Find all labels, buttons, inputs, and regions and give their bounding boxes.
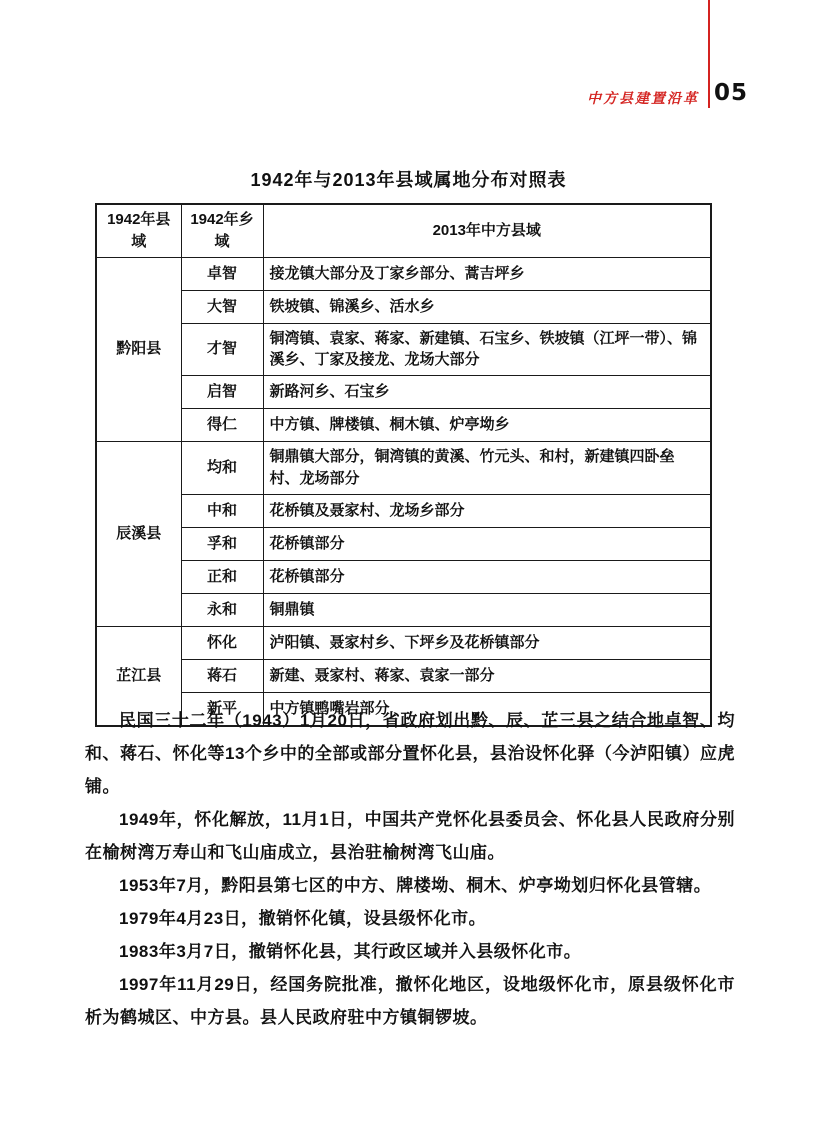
page-number: 05 [714,80,748,106]
area-cell: 铜鼎镇大部分，铜湾镇的黄溪、竹元头、和村，新建镇四卧垒村、龙场部分 [263,442,711,495]
table-row: 辰溪县均和铜鼎镇大部分，铜湾镇的黄溪、竹元头、和村，新建镇四卧垒村、龙场部分 [96,442,711,495]
area-cell: 新建、聂家村、蒋家、袁家一部分 [263,659,711,692]
body-paragraph: 1949年，怀化解放，11月1日，中国共产党怀化县委员会、怀化县人民政府分别在榆… [85,803,735,869]
township-cell: 怀化 [181,626,263,659]
table-row: 启智新路河乡、石宝乡 [96,376,711,409]
area-cell: 铜鼎镇 [263,593,711,626]
area-cell: 接龙镇大部分及丁家乡部分、蒿吉坪乡 [263,257,711,290]
table-row: 孚和花桥镇部分 [96,527,711,560]
table-header-row: 1942年县域 1942年乡域 2013年中方县域 [96,204,711,257]
table-row: 芷江县怀化泸阳镇、聂家村乡、下坪乡及花桥镇部分 [96,626,711,659]
table-row: 中和花桥镇及聂家村、龙场乡部分 [96,494,711,527]
table-title: 1942年与2013年县域属地分布对照表 [0,166,817,192]
table-row: 才智铜湾镇、袁家、蒋家、新建镇、石宝乡、铁坡镇（江坪一带）、锦溪乡、丁家及接龙、… [96,323,711,376]
area-cell: 铜湾镇、袁家、蒋家、新建镇、石宝乡、铁坡镇（江坪一带）、锦溪乡、丁家及接龙、龙场… [263,323,711,376]
body-paragraph: 1979年4月23日，撤销怀化镇，设县级怀化市。 [85,902,735,935]
body-paragraph: 1953年7月，黔阳县第七区的中方、牌楼坳、桐木、炉亭坳划归怀化县管辖。 [85,869,735,902]
township-cell: 中和 [181,494,263,527]
township-cell: 正和 [181,560,263,593]
county-cell: 黔阳县 [96,257,181,442]
table-row: 蒋石新建、聂家村、蒋家、袁家一部分 [96,659,711,692]
document-page: 中方县建置沿革 05 1942年与2013年县域属地分布对照表 1942年县域 … [0,0,817,1139]
township-cell: 均和 [181,442,263,495]
header-divider-line [708,0,710,108]
table-row: 大智铁坡镇、锦溪乡、活水乡 [96,290,711,323]
township-cell: 卓智 [181,257,263,290]
table-row: 得仁中方镇、牌楼镇、桐木镇、炉亭坳乡 [96,409,711,442]
area-cell: 新路河乡、石宝乡 [263,376,711,409]
area-cell: 花桥镇部分 [263,560,711,593]
area-cell: 泸阳镇、聂家村乡、下坪乡及花桥镇部分 [263,626,711,659]
table-row: 正和花桥镇部分 [96,560,711,593]
county-cell: 辰溪县 [96,442,181,627]
township-cell: 孚和 [181,527,263,560]
column-header-county-1942: 1942年县域 [96,204,181,257]
column-header-zhongfang-2013: 2013年中方县域 [263,204,711,257]
body-paragraph: 1983年3月7日，撤销怀化县，其行政区域并入县级怀化市。 [85,935,735,968]
body-paragraph: 1997年11月29日，经国务院批准，撤怀化地区，设地级怀化市，原县级怀化市析为… [85,968,735,1034]
column-header-township-1942: 1942年乡域 [181,204,263,257]
township-cell: 大智 [181,290,263,323]
township-cell: 永和 [181,593,263,626]
area-cell: 花桥镇部分 [263,527,711,560]
area-cell: 铁坡镇、锦溪乡、活水乡 [263,290,711,323]
body-paragraph: 民国三十二年（1943）1月20日，省政府划出黔、辰、芷三县之结合地卓智、均和、… [85,704,735,803]
township-cell: 才智 [181,323,263,376]
township-cell: 得仁 [181,409,263,442]
table-row: 永和铜鼎镇 [96,593,711,626]
table-row: 黔阳县卓智接龙镇大部分及丁家乡部分、蒿吉坪乡 [96,257,711,290]
comparison-table: 1942年县域 1942年乡域 2013年中方县域 黔阳县卓智接龙镇大部分及丁家… [95,203,712,727]
table-head: 1942年县域 1942年乡域 2013年中方县域 [96,204,711,257]
area-cell: 花桥镇及聂家村、龙场乡部分 [263,494,711,527]
running-head-title: 中方县建置沿革 [587,88,699,108]
table-body: 黔阳县卓智接龙镇大部分及丁家乡部分、蒿吉坪乡大智铁坡镇、锦溪乡、活水乡才智铜湾镇… [96,257,711,726]
body-text: 民国三十二年（1943）1月20日，省政府划出黔、辰、芷三县之结合地卓智、均和、… [85,704,735,1034]
township-cell: 蒋石 [181,659,263,692]
area-cell: 中方镇、牌楼镇、桐木镇、炉亭坳乡 [263,409,711,442]
township-cell: 启智 [181,376,263,409]
